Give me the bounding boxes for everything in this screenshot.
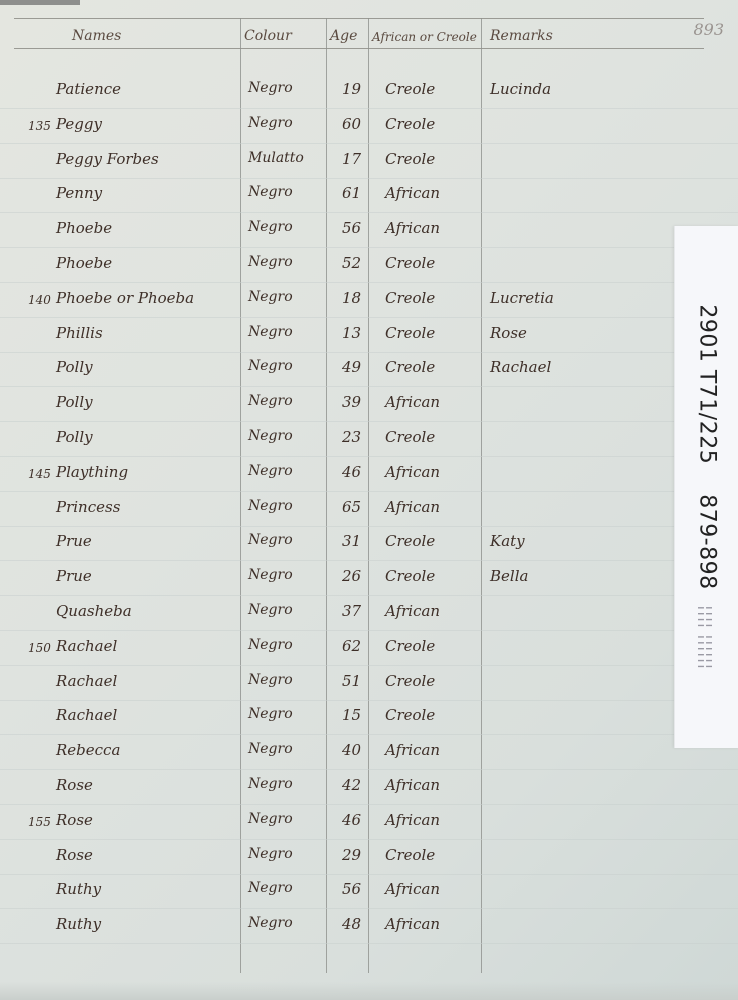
table-row: RachaelNegro15Creole [0, 706, 738, 740]
name-cell: Rebecca [56, 741, 120, 759]
name-cell: Quasheba [56, 602, 132, 620]
age-cell: 23 [342, 428, 361, 446]
table-row: 150RachaelNegro62Creole [0, 637, 738, 671]
colour-cell: Negro [248, 324, 293, 340]
table-row: 155RoseNegro46African [0, 811, 738, 845]
name-cell: Penny [56, 184, 102, 202]
colour-cell: Negro [248, 219, 293, 235]
register-page: Names Colour Age African or Creole Remar… [0, 0, 738, 1000]
age-cell: 19 [342, 80, 361, 98]
entry-number: 140 [28, 293, 51, 307]
name-cell: Patience [56, 80, 121, 98]
age-cell: 13 [342, 324, 361, 342]
colour-cell: Negro [248, 289, 293, 305]
origin-cell: Creole [385, 428, 435, 446]
origin-cell: African [385, 880, 440, 898]
archive-reference-label: 2901 T71/225 879-898 ¦¦¦¦ ¦¦¦¦¦¦ [674, 226, 738, 748]
remark-cell: Lucinda [490, 80, 551, 98]
origin-cell: Creole [385, 706, 435, 724]
header-top-rule [14, 18, 704, 19]
colour-cell: Negro [248, 567, 293, 583]
table-row: PrueNegro31CreoleKaty [0, 532, 738, 566]
name-cell: Phoebe [56, 254, 112, 272]
colour-cell: Negro [248, 532, 293, 548]
table-row: PollyNegro23Creole [0, 428, 738, 462]
table-row: RuthyNegro48African [0, 915, 738, 949]
age-cell: 29 [342, 846, 361, 864]
archive-reference-text: 2901 T71/225 879-898 ¦¦¦¦ ¦¦¦¦¦¦ [695, 304, 720, 669]
colour-cell: Negro [248, 358, 293, 374]
table-row: PhoebeNegro56African [0, 219, 738, 253]
age-cell: 52 [342, 254, 361, 272]
name-cell: Rachael [56, 672, 117, 690]
colour-cell: Negro [248, 741, 293, 757]
colour-cell: Negro [248, 846, 293, 862]
origin-cell: Creole [385, 254, 435, 272]
colour-cell: Negro [248, 637, 293, 653]
entry-number: 135 [28, 119, 51, 133]
page-bottom-edge [0, 982, 738, 1000]
name-cell: Rachael [56, 706, 117, 724]
colour-cell: Negro [248, 184, 293, 200]
remark-cell: Bella [490, 567, 528, 585]
header-names: Names [72, 28, 121, 44]
name-cell: Phoebe [56, 219, 112, 237]
name-cell: Phoebe or Phoeba [56, 289, 194, 307]
colour-cell: Negro [248, 915, 293, 931]
age-cell: 39 [342, 393, 361, 411]
age-cell: 56 [342, 219, 361, 237]
origin-cell: Creole [385, 672, 435, 690]
entry-number: 145 [28, 467, 51, 481]
origin-cell: Creole [385, 567, 435, 585]
header-origin: African or Creole [372, 30, 477, 44]
colour-cell: Negro [248, 672, 293, 688]
origin-cell: Creole [385, 358, 435, 376]
colour-cell: Negro [248, 498, 293, 514]
table-row: PatienceNegro19CreoleLucinda [0, 80, 738, 114]
origin-cell: African [385, 915, 440, 933]
origin-cell: African [385, 393, 440, 411]
age-cell: 31 [342, 532, 361, 550]
colour-cell: Negro [248, 880, 293, 896]
age-cell: 46 [342, 463, 361, 481]
colour-cell: Negro [248, 115, 293, 131]
name-cell: Rachael [56, 637, 117, 655]
origin-cell: African [385, 219, 440, 237]
name-cell: Peggy Forbes [56, 150, 159, 168]
age-cell: 49 [342, 358, 361, 376]
age-cell: 51 [342, 672, 361, 690]
table-row: PollyNegro49CreoleRachael [0, 358, 738, 392]
archive-folios: 879-898 [695, 494, 720, 589]
name-cell: Polly [56, 428, 93, 446]
archive-reference: 2901 T71/225 [695, 304, 720, 464]
remark-cell: Rose [490, 324, 527, 342]
colour-cell: Negro [248, 776, 293, 792]
origin-cell: Creole [385, 150, 435, 168]
table-row: PhoebeNegro52Creole [0, 254, 738, 288]
origin-cell: Creole [385, 80, 435, 98]
origin-cell: African [385, 776, 440, 794]
age-cell: 48 [342, 915, 361, 933]
page-edge-shadow [0, 0, 80, 5]
origin-cell: Creole [385, 532, 435, 550]
name-cell: Phillis [56, 324, 103, 342]
origin-cell: African [385, 184, 440, 202]
table-row: RoseNegro29Creole [0, 846, 738, 880]
name-cell: Rose [56, 846, 93, 864]
age-cell: 65 [342, 498, 361, 516]
table-row: RebeccaNegro40African [0, 741, 738, 775]
entry-number: 155 [28, 815, 51, 829]
header-bottom-rule [14, 48, 704, 49]
name-cell: Polly [56, 358, 93, 376]
origin-cell: African [385, 498, 440, 516]
header-remarks: Remarks [490, 28, 553, 44]
age-cell: 26 [342, 567, 361, 585]
origin-cell: Creole [385, 637, 435, 655]
age-cell: 61 [342, 184, 361, 202]
remark-cell: Katy [490, 532, 525, 550]
name-cell: Polly [56, 393, 93, 411]
colour-cell: Negro [248, 602, 293, 618]
origin-cell: Creole [385, 289, 435, 307]
colour-cell: Negro [248, 254, 293, 270]
table-row: 140Phoebe or PhoebaNegro18CreoleLucretia [0, 289, 738, 323]
age-cell: 46 [342, 811, 361, 829]
table-row: PrueNegro26CreoleBella [0, 567, 738, 601]
colour-cell: Negro [248, 428, 293, 444]
name-cell: Plaything [56, 463, 128, 481]
age-cell: 62 [342, 637, 361, 655]
table-row: RoseNegro42African [0, 776, 738, 810]
table-row: 145PlaythingNegro46African [0, 463, 738, 497]
table-row: QuashebaNegro37African [0, 602, 738, 636]
origin-cell: Creole [385, 115, 435, 133]
name-cell: Ruthy [56, 915, 101, 933]
name-cell: Prue [56, 532, 92, 550]
origin-cell: Creole [385, 324, 435, 342]
name-cell: Prue [56, 567, 92, 585]
header-colour: Colour [244, 28, 292, 44]
table-row: RuthyNegro56African [0, 880, 738, 914]
age-cell: 15 [342, 706, 361, 724]
table-row: PrincessNegro65African [0, 498, 738, 532]
colour-cell: Negro [248, 80, 293, 96]
origin-cell: African [385, 741, 440, 759]
colour-cell: Mulatto [248, 150, 304, 166]
colour-cell: Negro [248, 463, 293, 479]
name-cell: Ruthy [56, 880, 101, 898]
remark-cell: Lucretia [490, 289, 554, 307]
table-row: RachaelNegro51Creole [0, 672, 738, 706]
table-row: PhillisNegro13CreoleRose [0, 324, 738, 358]
table-row: Peggy ForbesMulatto17Creole [0, 150, 738, 184]
name-cell: Princess [56, 498, 120, 516]
age-cell: 17 [342, 150, 361, 168]
name-cell: Rose [56, 811, 93, 829]
age-cell: 56 [342, 880, 361, 898]
tally-marks: ¦¦¦¦ ¦¦¦¦¦¦ [697, 605, 716, 670]
age-cell: 18 [342, 289, 361, 307]
colour-cell: Negro [248, 393, 293, 409]
entry-number: 150 [28, 641, 51, 655]
origin-cell: African [385, 811, 440, 829]
name-cell: Peggy [56, 115, 102, 133]
origin-cell: Creole [385, 846, 435, 864]
remark-cell: Rachael [490, 358, 551, 376]
name-cell: Rose [56, 776, 93, 794]
age-cell: 60 [342, 115, 361, 133]
age-cell: 40 [342, 741, 361, 759]
header-age: Age [330, 28, 357, 44]
colour-cell: Negro [248, 706, 293, 722]
table-row: PollyNegro39African [0, 393, 738, 427]
origin-cell: African [385, 463, 440, 481]
table-row: 135PeggyNegro60Creole [0, 115, 738, 149]
page-number: 893 [693, 20, 724, 39]
origin-cell: African [385, 602, 440, 620]
age-cell: 42 [342, 776, 361, 794]
colour-cell: Negro [248, 811, 293, 827]
table-row: PennyNegro61African [0, 184, 738, 218]
age-cell: 37 [342, 602, 361, 620]
